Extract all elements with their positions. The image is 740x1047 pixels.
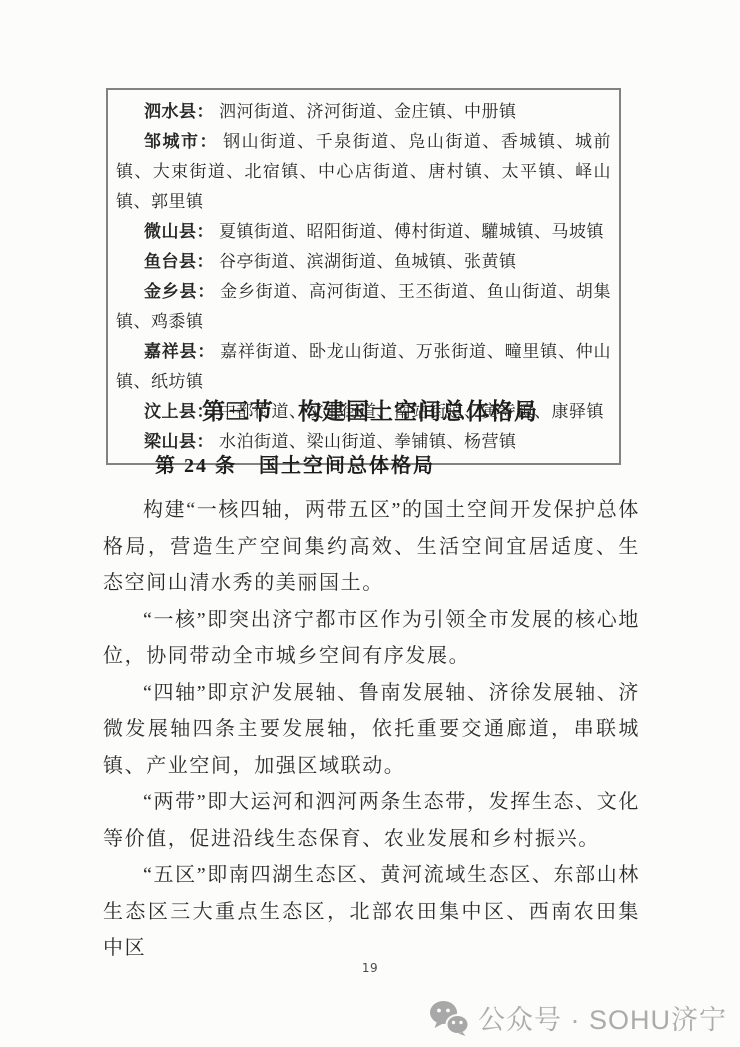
table-row: 邹城市：钢山街道、千泉街道、凫山街道、香城镇、城前镇、大束街道、北宿镇、中心店街…	[116, 127, 611, 217]
footer-watermark: 公众号 · SOHU济宁	[429, 998, 727, 1037]
section-heading: 第三节 构建国土空间总体格局	[0, 393, 740, 426]
body-paragraph: “四轴”即京沪发展轴、鲁南发展轴、济徐发展轴、济微发展轴四条主要发展轴，依托重要…	[103, 675, 640, 785]
wechat-icon	[429, 1000, 469, 1036]
body-paragraph: 构建“一核四轴，两带五区”的国土空间开发保护总体格局，营造生产空间集约高效、生活…	[103, 492, 640, 602]
county-name: 泗水县：	[144, 102, 214, 121]
county-areas: 谷亭街道、滨湖街道、鱼城镇、张黄镇	[219, 252, 517, 271]
body-paragraph: “五区”即南四湖生态区、黄河流域生态区、东部山林生态区三大重点生态区，北部农田集…	[103, 857, 640, 967]
county-name: 微山县：	[144, 222, 214, 241]
table-row: 嘉祥县：嘉祥街道、卧龙山街道、万张街道、疃里镇、仲山镇、纸坊镇	[116, 337, 611, 397]
table-row: 泗水县：泗河街道、济河街道、金庄镇、中册镇	[116, 97, 611, 127]
county-areas: 泗河街道、济河街道、金庄镇、中册镇	[219, 102, 517, 121]
page-number: 19	[0, 961, 740, 975]
body-text: 构建“一核四轴，两带五区”的国土空间开发保护总体格局，营造生产空间集约高效、生活…	[103, 492, 640, 967]
document-page: 泗水县：泗河街道、济河街道、金庄镇、中册镇 邹城市：钢山街道、千泉街道、凫山街道…	[0, 0, 740, 1047]
county-name: 嘉祥县：	[144, 342, 215, 361]
county-name: 邹城市：	[144, 132, 218, 151]
article-heading: 第 24 条 国土空间总体格局	[155, 449, 435, 478]
body-paragraph: “两带”即大运河和泗河两条生态带，发挥生态、文化等价值，促进沿线生态保育、农业发…	[103, 784, 640, 857]
table-row: 鱼台县：谷亭街道、滨湖街道、鱼城镇、张黄镇	[116, 247, 611, 277]
footer-label: 公众号 · SOHU济宁	[478, 998, 727, 1037]
table-row: 微山县：夏镇街道、昭阳街道、傅村街道、驩城镇、马坡镇	[116, 217, 611, 247]
county-name: 鱼台县：	[144, 252, 214, 271]
county-name: 金乡县：	[144, 282, 215, 301]
body-paragraph: “一核”即突出济宁都市区作为引领全市发展的核心地位，协同带动全市城乡空间有序发展…	[103, 602, 640, 675]
county-areas: 夏镇街道、昭阳街道、傅村街道、驩城镇、马坡镇	[219, 222, 604, 241]
table-row: 金乡县：金乡街道、高河街道、王丕街道、鱼山街道、胡集镇、鸡黍镇	[116, 277, 611, 337]
